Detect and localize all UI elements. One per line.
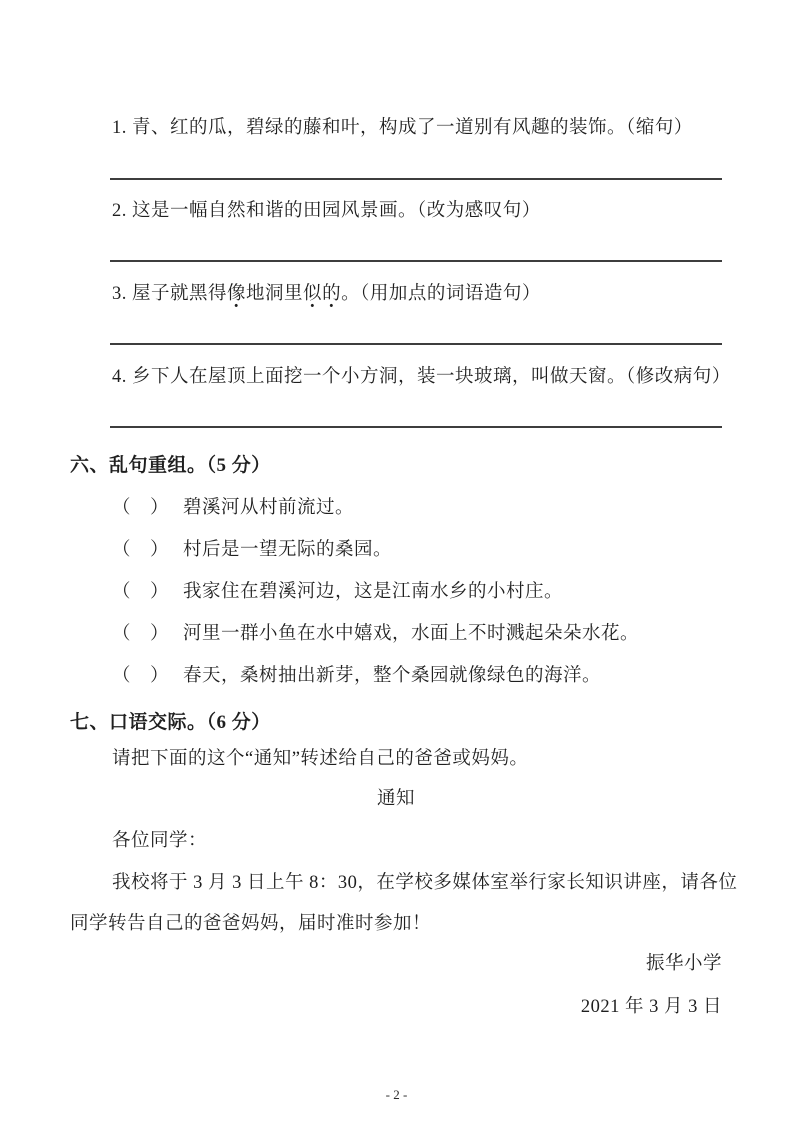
reorder-item-1: （ ）碧溪河从村前流过。 [112,497,354,519]
emphasized-char: 像 [227,283,246,305]
notice-body-line-2: 同学转告自己的爸爸妈妈，届时准时参加！ [70,913,431,935]
answer-line-3 [110,343,722,345]
reorder-item-5: （ ）春天，桑树抽出新芽，整个桑园就像绿色的海洋。 [112,665,601,687]
reorder-item-2: （ ）村后是一望无际的桑园。 [112,539,392,561]
notice-body-line-1: 我校将于 3 月 3 日上午 8：30，在学校多媒体室举行家长知识讲座，请各位 [112,872,737,894]
sentence-question-4: 4. 乡下人在屋顶上面挖一个小方洞，装一块玻璃，叫做天窗。（修改病句） [112,366,731,388]
answer-line-4 [110,426,722,428]
reorder-sentence: 河里一群小鱼在水中嬉戏，水面上不时溅起朵朵水花。 [183,624,639,644]
notice-title: 通知 [70,788,722,810]
reorder-sentence: 村后是一望无际的桑园。 [183,540,392,560]
answer-bracket: （ ） [112,498,169,518]
answer-bracket: （ ） [112,624,169,644]
page-number: - 2 - [0,1087,793,1103]
reorder-sentence: 春天，桑树抽出新芽，整个桑园就像绿色的海洋。 [183,666,601,686]
question-3-text-pre: 3. 屋子就黑得 [112,284,227,304]
sentence-question-1: 1. 青、红的瓜，碧绿的藤和叶，构成了一道别有风趣的装饰。（缩句） [112,117,693,139]
reorder-item-4: （ ）河里一群小鱼在水中嬉戏，水面上不时溅起朵朵水花。 [112,623,639,645]
emphasized-char: 似 [303,283,322,305]
reorder-item-3: （ ）我家住在碧溪河边，这是江南水乡的小村庄。 [112,581,563,603]
question-3-text-post: 。（用加点的词语造句） [341,284,541,304]
reorder-sentence: 我家住在碧溪河边，这是江南水乡的小村庄。 [183,582,563,602]
reorder-sentence: 碧溪河从村前流过。 [183,498,354,518]
oral-instruction: 请把下面的这个“通知”转述给自己的爸爸或妈妈。 [112,748,528,770]
notice-salutation: 各位同学： [112,830,207,852]
notice-signature: 振华小学 [70,953,722,975]
answer-bracket: （ ） [112,666,169,686]
sentence-question-3: 3. 屋子就黑得像地洞里似的。（用加点的词语造句） [112,283,541,305]
answer-bracket: （ ） [112,582,169,602]
section-heading-seven: 七、口语交际。（6 分） [70,707,271,734]
sentence-question-2: 2. 这是一幅自然和谐的田园风景画。（改为感叹句） [112,200,541,222]
notice-date: 2021 年 3 月 3 日 [70,996,722,1018]
question-3-text-mid: 地洞里 [246,284,303,304]
answer-line-1 [110,178,722,180]
section-heading-six: 六、乱句重组。（5 分） [70,450,271,477]
exam-page: 1. 青、红的瓜，碧绿的藤和叶，构成了一道别有风趣的装饰。（缩句） 2. 这是一… [0,0,793,1122]
emphasized-char: 的 [322,283,341,305]
answer-bracket: （ ） [112,540,169,560]
answer-line-2 [110,260,722,262]
